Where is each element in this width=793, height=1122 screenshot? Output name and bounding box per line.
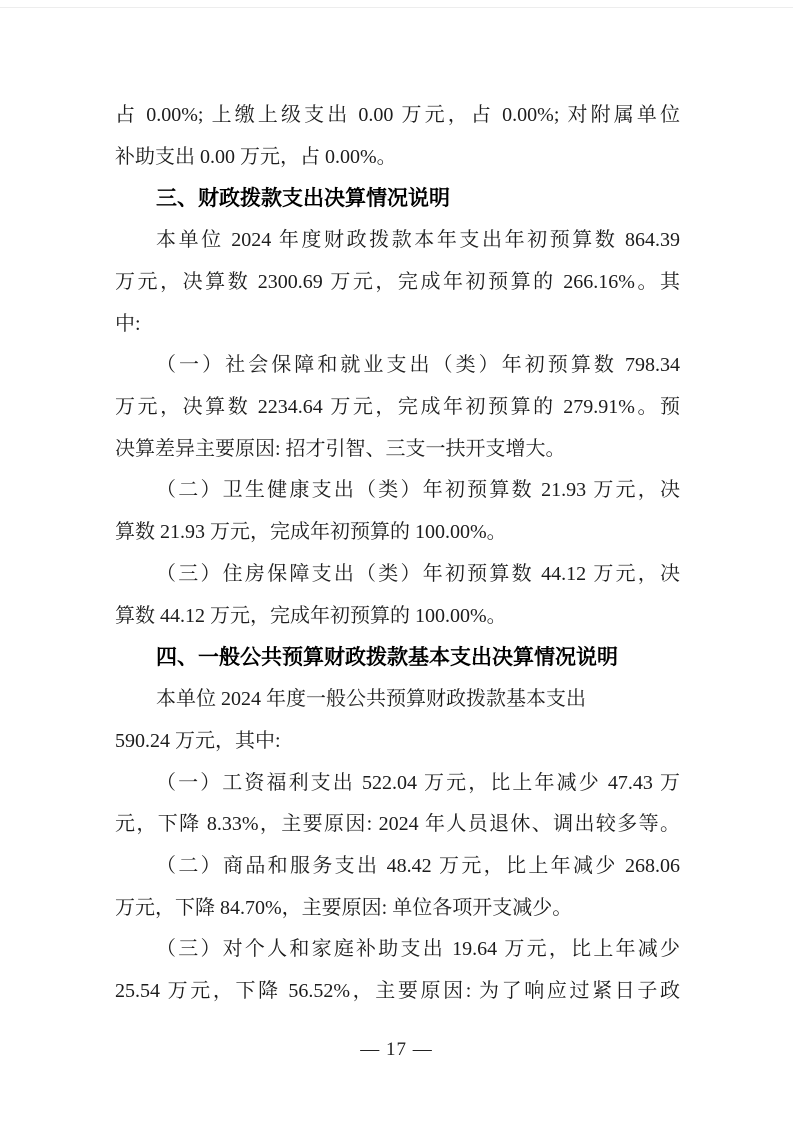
page-footer: — 17 — — [0, 1034, 793, 1066]
text-line: （一）工资福利支出 522.04 万元，比上年减少 47.43 万 — [115, 763, 680, 805]
text-line: 万元，决算数 2300.69 万元，完成年初预算的 266.16%。其 — [115, 262, 680, 304]
text-line: 本单位 2024 年度财政拨款本年支出年初预算数 864.39 — [115, 220, 680, 262]
text-line: 25.54 万元，下降 56.52%，主要原因: 为了响应过紧日子政 — [115, 971, 680, 1013]
text-line: （二）商品和服务支出 48.42 万元，比上年减少 268.06 — [115, 846, 680, 888]
text-line: 占 0.00%; 上缴上级支出 0.00 万元，占 0.00%; 对附属单位 — [115, 95, 680, 137]
text-line: 中: — [115, 304, 680, 346]
text-line: 万元，决算数 2234.64 万元，完成年初预算的 279.91%。预 — [115, 387, 680, 429]
section-heading: 三、财政拨款支出决算情况说明 — [115, 178, 680, 220]
text-line: 590.24 万元，其中: — [115, 721, 680, 763]
text-line: （二）卫生健康支出（类）年初预算数 21.93 万元，决 — [115, 470, 680, 512]
text-line: 万元，下降 84.70%，主要原因: 单位各项开支减少。 — [115, 888, 680, 930]
text-line: 算数 44.12 万元，完成年初预算的 100.00%。 — [115, 596, 680, 638]
text-line: （三）住房保障支出（类）年初预算数 44.12 万元，决 — [115, 554, 680, 596]
text-line: 元，下降 8.33%，主要原因: 2024 年人员退休、调出较多等。 — [115, 804, 680, 846]
document-page: 占 0.00%; 上缴上级支出 0.00 万元，占 0.00%; 对附属单位 补… — [0, 0, 793, 1122]
text-line: 补助支出 0.00 万元，占 0.00%。 — [115, 137, 680, 179]
text-line: （一）社会保障和就业支出（类）年初预算数 798.34 — [115, 345, 680, 387]
text-line: 本单位 2024 年度一般公共预算财政拨款基本支出 — [115, 679, 680, 721]
page-top-edge-line — [0, 7, 793, 8]
text-line: 算数 21.93 万元，完成年初预算的 100.00%。 — [115, 512, 680, 554]
page-body: 占 0.00%; 上缴上级支出 0.00 万元，占 0.00%; 对附属单位 补… — [115, 95, 680, 1013]
text-line: （三）对个人和家庭补助支出 19.64 万元，比上年减少 — [115, 929, 680, 971]
section-heading: 四、一般公共预算财政拨款基本支出决算情况说明 — [115, 637, 680, 679]
page-number: — 17 — — [360, 1039, 433, 1060]
text-line: 决算差异主要原因: 招才引智、三支一扶开支增大。 — [115, 429, 680, 471]
